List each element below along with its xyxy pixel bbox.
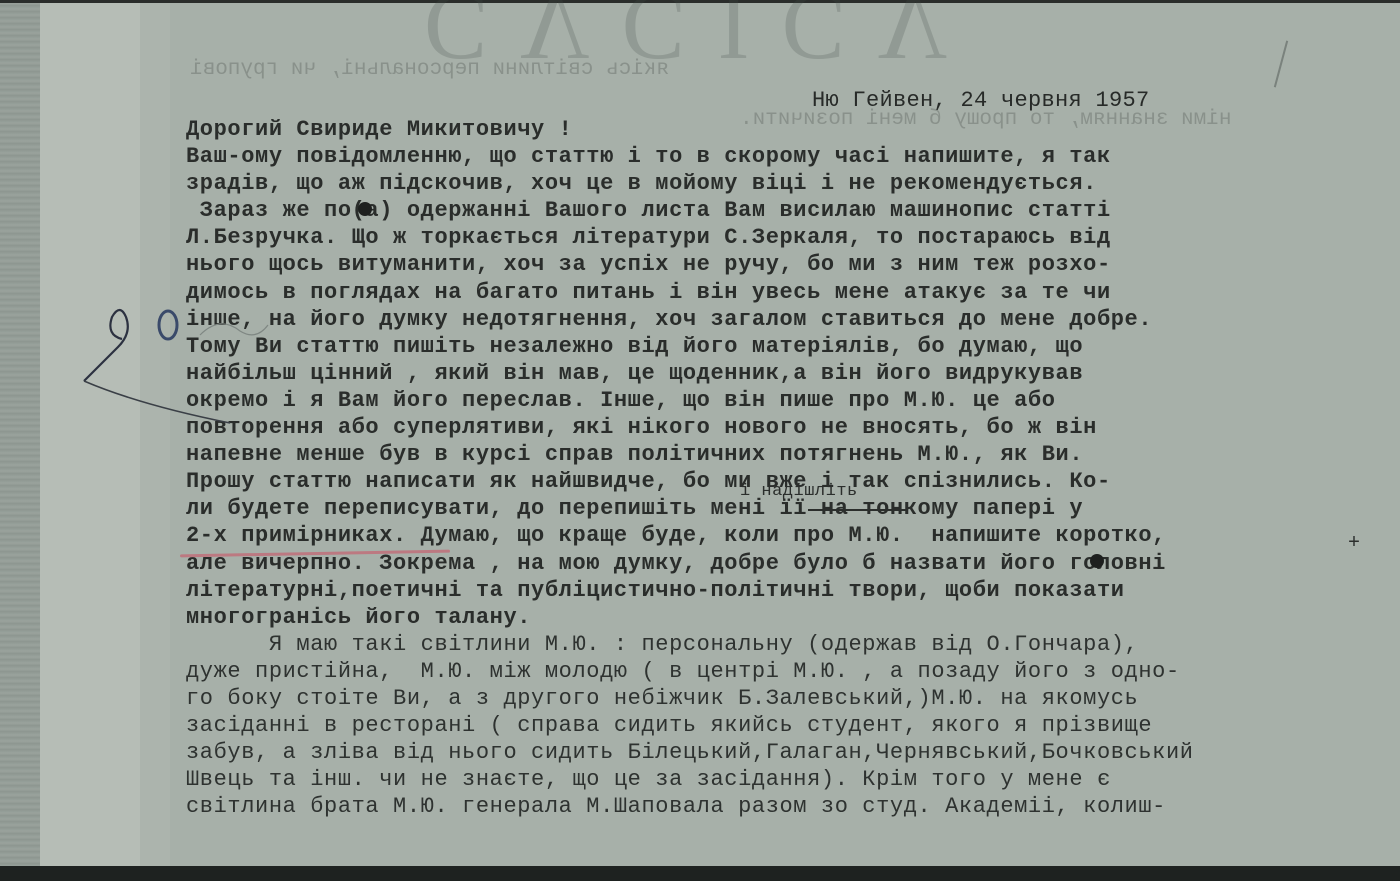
letter-line: Ваш-ому повідомленню, що статтю і то в с… [186,143,1396,170]
bleed-through-line-1: якісь світлини персональні, чи групові [190,58,669,81]
letter-line: дуже пристійна, М.Ю. між молодю ( в цент… [186,658,1396,685]
scan-bottom-border [0,866,1400,881]
letter-line: повторення або суперлятиви, які нікого н… [186,414,1396,441]
margin-scribble-icon [80,295,270,425]
letter-place-date: Ню Гейвен, 24 червня 1957 [812,88,1150,113]
letter-line: димось в поглядах на багато питань і він… [186,279,1396,306]
letter-body: Дорогий Свириде Микитовичу ! Ваш-ому пов… [186,116,1396,820]
letter-line: Я маю такі світлини М.Ю. : персональну (… [186,631,1396,658]
letter-line: Л.Безручка. Що ж торкається літератури С… [186,224,1396,251]
strikethrough-mark [808,509,906,511]
letter-line: многогранісь його талану. [186,604,1396,631]
letter-line: го боку стоіте Ви, а з другого небіжчик … [186,685,1396,712]
letter-line: засіданні в ресторані ( справа сидить як… [186,712,1396,739]
scanned-letter-page: Ʌ Ɔ Ι Ɔ Ʌ Ɔ якісь світлини персональні, … [0,0,1400,866]
page-number-mark [1274,41,1288,88]
letter-line: напевне менше був в курсі справ політичн… [186,441,1396,468]
scan-left-edge [0,0,40,866]
letter-line: Тому Ви статтю пишіть незалежно від його… [186,333,1396,360]
paper-margin-strip [40,0,140,866]
letter-line: літературні,поетичні та публіцистично-по… [186,577,1396,604]
letter-line: світлина брата М.Ю. генерала М.Шаповала … [186,793,1396,820]
correction-plus-mark: + [1348,532,1360,555]
letter-line: найбільш цінний , який він мав, це щоден… [186,360,1396,387]
letter-line: окремо і я Вам його переслав. Інше, що в… [186,387,1396,414]
letter-line: забув, а зліва від нього сидить Білецьки… [186,739,1396,766]
letter-line: 2-х примірниках. Думаю, що краще буде, к… [186,522,1396,549]
letter-line: зрадів, що аж підскочив, хоч це в мойому… [186,170,1396,197]
letter-line: Швець та інш. чи не знаєте, що це за зас… [186,766,1396,793]
handwritten-insertion: і надішліть [740,482,858,501]
typed-correction-blot [1090,554,1104,568]
letter-line: нього щось витуманити, хоч за успіх не р… [186,251,1396,278]
letter-salutation: Дорогий Свириде Микитовичу ! [186,116,1396,143]
letter-line: інше, на його думку недотягнення, хоч за… [186,306,1396,333]
paper-fold-strip [140,0,170,866]
typed-correction-blot [358,202,372,216]
